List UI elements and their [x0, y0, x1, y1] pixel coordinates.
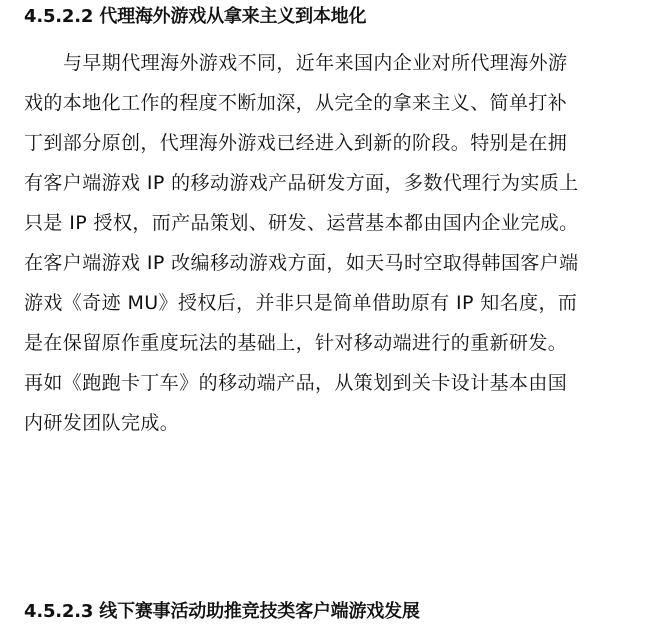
paragraph-line-1: 与早期代理海外游戏不同，近年来国内企业对所代理海外游: [63, 48, 567, 75]
paragraph-line-7: 游戏《奇迹 MU》授权后，并非只是简单借助原有 IP 知名度，而: [24, 288, 577, 315]
paragraph-line-8: 是在保留原作重度玩法的基础上，针对移动端进行的重新研发。: [24, 328, 567, 355]
paragraph-line-9: 再如《跑跑卡丁车》的移动端产品，从策划到关卡设计基本由国: [24, 368, 567, 395]
paragraph-line-4: 有客户端游戏 IP 的移动游戏产品研发方面，多数代理行为实质上: [24, 168, 579, 195]
paragraph-line-10: 内研发团队完成。: [24, 408, 179, 435]
paragraph-line-2: 戏的本地化工作的程度不断加深，从完全的拿来主义、简单打补: [24, 88, 567, 115]
section-heading-4-5-2-2: 4.5.2.2 代理海外游戏从拿来主义到本地化: [24, 2, 366, 28]
section-heading-4-5-2-3: 4.5.2.3 线下赛事活动助推竞技类客户端游戏发展: [24, 597, 420, 623]
paragraph-line-6: 在客户端游戏 IP 改编移动游戏方面，如天马时空取得韩国客户端: [24, 248, 579, 275]
paragraph-line-5: 只是 IP 授权，而产品策划、研发、运营基本都由国内企业完成。: [24, 208, 579, 235]
paragraph-line-3: 丁到部分原创，代理海外游戏已经进入到新的阶段。特别是在拥: [24, 128, 567, 155]
